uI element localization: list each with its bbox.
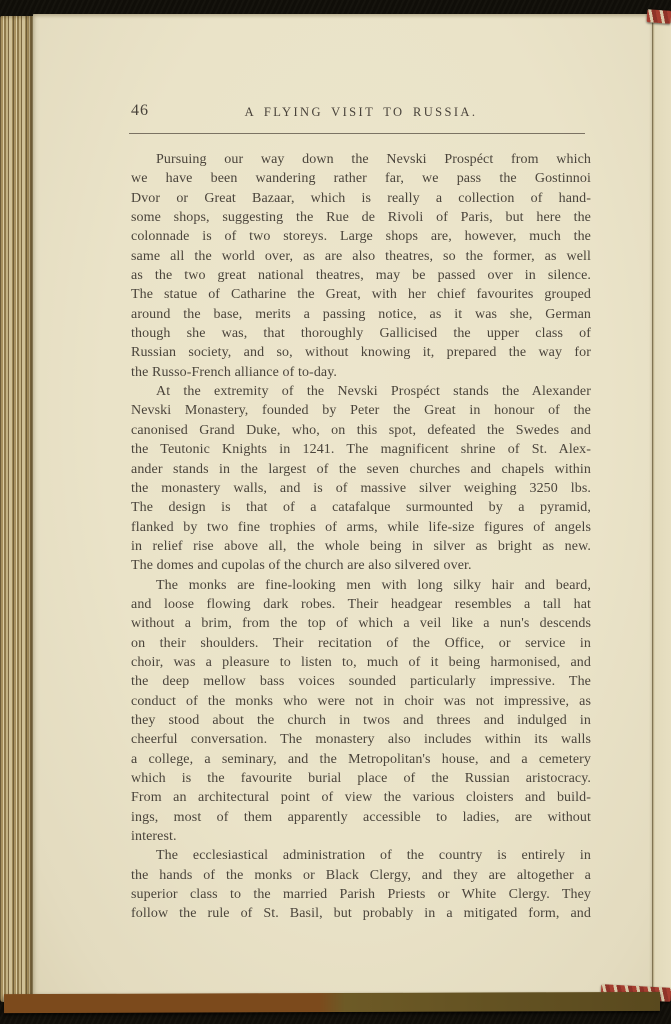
- book-page: 46 A FLYING VISIT TO RUSSIA. Pursuing ou…: [33, 14, 652, 995]
- text-line: From an architectural point of view the …: [131, 788, 591, 807]
- text-line: flanked by two fine trophies of arms, wh…: [131, 518, 591, 537]
- text-line: ander stands in the largest of the seven…: [131, 460, 591, 479]
- text-line: canonised Grand Duke, who, on this spot,…: [131, 421, 591, 440]
- text-line: a college, a seminary, and the Metropoli…: [131, 750, 591, 769]
- headband-top: [647, 9, 671, 24]
- text-line: the deep mellow bass voices sounded part…: [131, 672, 591, 691]
- text-line: and loose flowing dark robes. Their head…: [131, 595, 591, 614]
- text-line: Dvor or Great Bazaar, which is really a …: [131, 189, 591, 208]
- text-line: the hands of the monks or Black Clergy, …: [131, 866, 591, 885]
- text-line: The domes and cupolas of the church are …: [131, 556, 591, 575]
- text-line: Russian society, and so, without knowing…: [131, 343, 591, 362]
- text-line: colonnade is of two storeys. Large shops…: [131, 227, 591, 246]
- page-number: 46: [131, 102, 149, 120]
- text-line: though she was, that thoroughly Gallicis…: [131, 324, 591, 343]
- page-text: Pursuing our way down the Nevski Prospéc…: [131, 150, 591, 924]
- book-bottom-edge: [4, 992, 660, 1013]
- text-line: cheerful conversation. The monastery als…: [131, 730, 591, 749]
- text-line: which is the favourite burial place of t…: [131, 769, 591, 788]
- text-line: superior class to the married Parish Pri…: [131, 885, 591, 904]
- text-line: interest.: [131, 827, 591, 846]
- text-line: The design is that of a catafalque surmo…: [131, 498, 591, 517]
- text-line: Pursuing our way down the Nevski Prospéc…: [131, 150, 591, 169]
- text-line: some shops, suggesting the Rue de Rivoli…: [131, 208, 591, 227]
- page-stack-left-edge: [0, 16, 33, 1002]
- header-rule: [129, 133, 585, 134]
- page-edge-right: [652, 16, 671, 992]
- text-line: same all the world over, as are also the…: [131, 247, 591, 266]
- text-line: At the extremity of the Nevski Prospéct …: [131, 382, 591, 401]
- text-line: Nevski Monastery, founded by Peter the G…: [131, 401, 591, 420]
- text-line: without a brim, from the top of which a …: [131, 614, 591, 633]
- text-line: the Russo-French alliance of to-day.: [131, 363, 591, 382]
- text-line: on their shoulders. Their recitation of …: [131, 634, 591, 653]
- text-line: conduct of the monks who were not in cho…: [131, 692, 591, 711]
- page-header: 46 A FLYING VISIT TO RUSSIA.: [131, 102, 591, 124]
- text-line: ings, most of them apparently accessible…: [131, 808, 591, 827]
- text-line: choir, was a pleasure to listen to, much…: [131, 653, 591, 672]
- text-line: The monks are fine-looking men with long…: [131, 576, 591, 595]
- text-line: The statue of Catharine the Great, with …: [131, 285, 591, 304]
- text-line: the Teutonic Knights in 1241. The magnif…: [131, 440, 591, 459]
- text-line: the monastery walls, and is of massive s…: [131, 479, 591, 498]
- text-line: around the base, merits a passing notice…: [131, 305, 591, 324]
- text-line: in relief rise above all, the whole bein…: [131, 537, 591, 556]
- text-line: as the two great national theatres, may …: [131, 266, 591, 285]
- text-line: they stood about the church in twos and …: [131, 711, 591, 730]
- text-line: The ecclesiastical administration of the…: [131, 846, 591, 865]
- text-line: follow the rule of St. Basil, but probab…: [131, 904, 591, 923]
- running-title: A FLYING VISIT TO RUSSIA.: [131, 102, 591, 120]
- text-line: we have been wandering rather far, we pa…: [131, 169, 591, 188]
